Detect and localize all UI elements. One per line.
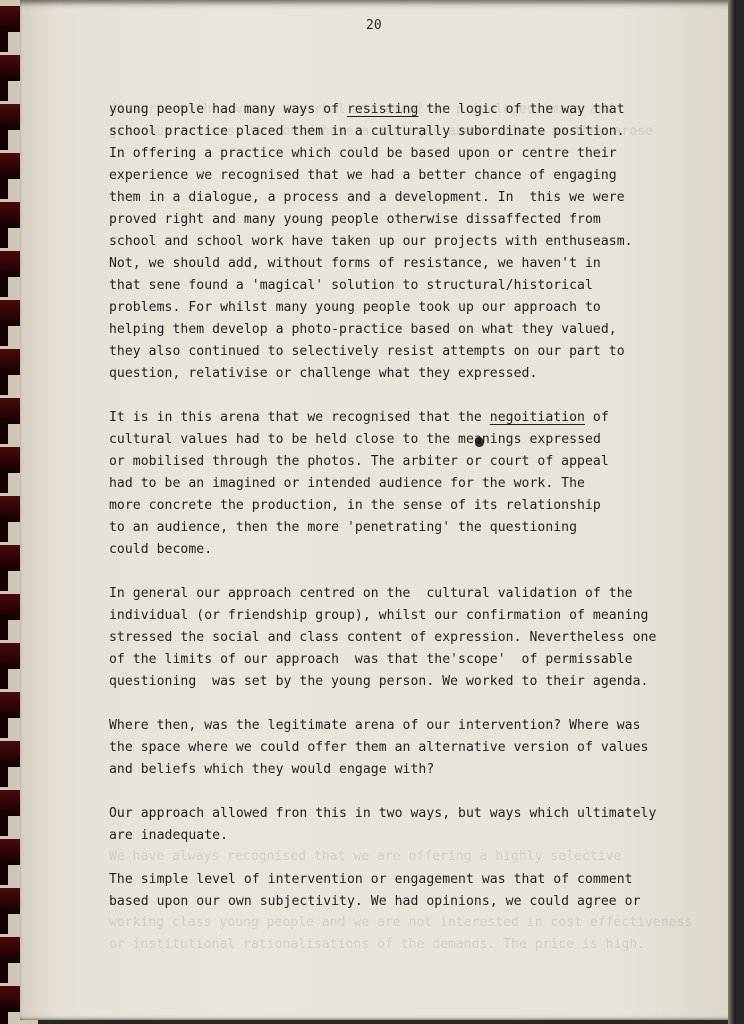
text-line: more concrete the production, in the sen…: [109, 495, 629, 517]
text-line: young people had many ways of resisting …: [109, 99, 629, 121]
ink-smudge: a: [474, 432, 482, 447]
text-line: had to be an imagined or intended audien…: [109, 473, 629, 495]
text-line: they also continued to selectively resis…: [109, 341, 629, 363]
underlined-word: resisting: [347, 102, 418, 117]
text-line: or mobilised through the photos. The arb…: [109, 451, 629, 473]
text-line: them in a dialogue, a process and a deve…: [109, 187, 629, 209]
underlined-word: negoitiation: [490, 410, 585, 425]
paragraph: Where then, was the legitimate arena of …: [109, 715, 629, 781]
paragraph: young people had many ways of resisting …: [109, 99, 629, 385]
text-line: Not, we should add, without forms of res…: [109, 253, 629, 275]
text-line: school and school work have taken up our…: [109, 231, 629, 253]
text-line: problems. For whilst many young people t…: [109, 297, 629, 319]
paragraph: In general our approach centred on the c…: [109, 583, 629, 693]
text-line: It is in this arena that we recognised t…: [109, 407, 629, 429]
text-line: school practice placed them in a cultura…: [109, 121, 629, 143]
body-text: young people had many ways of resisting …: [109, 99, 629, 935]
paragraph: The simple level of intervention or enga…: [109, 869, 629, 913]
text-line: and beliefs which they would engage with…: [109, 759, 629, 781]
text-line: to an audience, then the more 'penetrati…: [109, 517, 629, 539]
page-number: 20: [366, 18, 382, 33]
text-line: Our approach allowed fron this in two wa…: [109, 803, 629, 825]
text-line: cultural values had to be held close to …: [109, 429, 629, 451]
text-line: stressed the social and class content of…: [109, 627, 629, 649]
text-line: question, relativise or challenge what t…: [109, 363, 629, 385]
text-line: The simple level of intervention or enga…: [109, 869, 629, 891]
text-line: In offering a practice which could be ba…: [109, 143, 629, 165]
text-line: experience we recognised that we had a b…: [109, 165, 629, 187]
paragraph: It is in this arena that we recognised t…: [109, 407, 629, 561]
text-line: questioning was set by the young person.…: [109, 671, 629, 693]
text-line: individual (or friendship group), whilst…: [109, 605, 629, 627]
text-line: are inadequate.: [109, 825, 629, 847]
text-line: helping them develop a photo-practice ba…: [109, 319, 629, 341]
page-edge: [728, 0, 736, 1024]
text-line: Where then, was the legitimate arena of …: [109, 715, 629, 737]
text-line: the space where we could offer them an a…: [109, 737, 629, 759]
text-line: based upon our own subjectivity. We had …: [109, 891, 629, 913]
paragraph: Our approach allowed fron this in two wa…: [109, 803, 629, 847]
text-line: that sene found a 'magical' solution to …: [109, 275, 629, 297]
text-line: In general our approach centred on the c…: [109, 583, 629, 605]
text-line: could become.: [109, 539, 629, 561]
text-line: proved right and many young people other…: [109, 209, 629, 231]
text-line: of the limits of our approach was that t…: [109, 649, 629, 671]
